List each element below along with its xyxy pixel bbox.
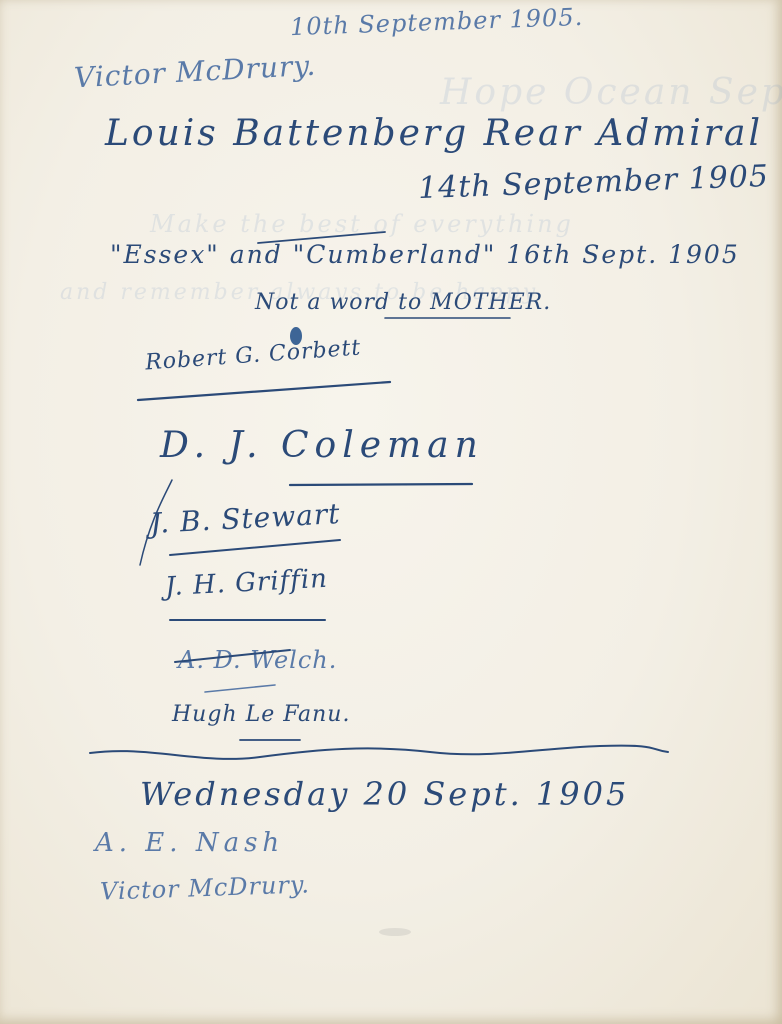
- wavy-divider: [90, 746, 668, 759]
- ships-line-flourish: [258, 232, 385, 243]
- welch-overline: [175, 650, 290, 662]
- smudge: [379, 928, 411, 936]
- pen-marks: [0, 0, 782, 1024]
- stewart-flourish: [140, 480, 172, 565]
- autograph-page: Hope Ocean Sept. 22 Make the best of eve…: [0, 0, 782, 1024]
- stewart-underline: [170, 540, 340, 555]
- ink-blot: [290, 327, 302, 345]
- welch-underline: [205, 685, 275, 692]
- corbett-underline: [138, 382, 390, 400]
- coleman-underline: [290, 484, 472, 485]
